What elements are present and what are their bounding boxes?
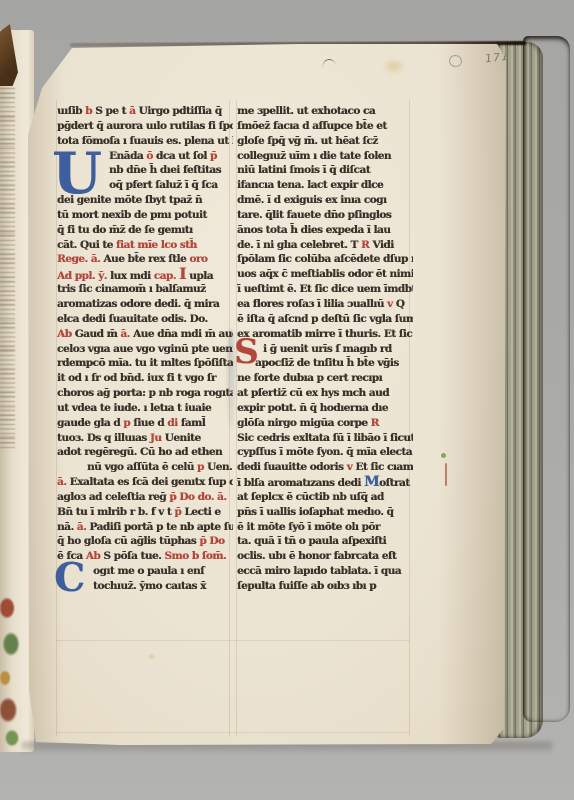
ink-text: gloſe ſpq̄ vḡ m̄. ut hēat ſcz̄ <box>237 135 378 147</box>
rubric-text: Ab <box>57 328 75 340</box>
ink-text: q̄ ho gloſa cū aḡlis tūphas <box>57 535 199 547</box>
manuscript-text-line: expir potıt. n̄ q̄ hodıerna dıe <box>237 401 413 416</box>
rubric-text: p̄ <box>174 506 184 518</box>
manuscript-text-line: me ɜpellit. ut exhotaco ca <box>237 104 413 119</box>
manuscript-text-line: at ſeplcx ē cūctib nb uſq̄ ad <box>237 490 413 505</box>
ink-text: ſmōez̄ facıa d aſſupce bt̄e et <box>237 120 387 132</box>
rubric-initial-S: S <box>234 335 258 370</box>
ink-text: pḡdert q̄ aurora uılo rutilas fi ſpon <box>57 120 233 132</box>
ink-text: Gaud m̄ <box>75 328 121 340</box>
ink-text: ea flores roſaɜ ī lilia ɔuallıū <box>237 298 387 310</box>
rubric-text: ā <box>129 105 138 117</box>
leather-cover <box>523 36 570 722</box>
ink-text: apocſiz̄ de tnſitu h̄ bt̄e vḡis <box>255 357 399 369</box>
rubric-text: R <box>371 417 379 429</box>
ink-text: ne forte dubıa p cert recıpı <box>237 372 382 384</box>
ink-text: Enāda <box>109 150 146 162</box>
rubric-text: ā. <box>120 328 133 340</box>
rubric-text: Smo b ſom̄. <box>164 550 226 562</box>
manuscript-text-line: ut vdea te iude. ı letıa t iuaie <box>57 401 233 416</box>
ink-squiggle-mark <box>321 58 336 69</box>
manuscript-text-line: agloɜ ad celeſtia reḡ p̄ Do do. ā. <box>57 490 233 505</box>
ink-text: niū latini ſmois ī q̄ diſcat <box>237 164 370 176</box>
manuscript-text-line: uos aq̄x c̄ meſtiablis odor ēt nimis <box>237 267 413 282</box>
ink-text: collegıuz̄ uīm ı die tate ſolen <box>237 150 391 162</box>
manuscript-text-line: tare. q̄lit fauete dn̄o pſinglos <box>237 208 413 223</box>
manuscript-text-line: nā. ā. Padiſi portā p te nb apte ſut <box>57 520 233 535</box>
ink-text: ex aromatib mirre ī thuris. Et ſic <box>237 328 412 340</box>
manuscript-text-line: ea flores roſaɜ ī lilia ɔuallıū v Q <box>237 297 413 312</box>
ink-text: ī ueſtimt ē. Et ſic dice uem īmdbt <box>237 283 413 295</box>
ink-text: Lecti e <box>184 506 220 518</box>
manuscript-text-line: oclis. ubı ē honor fabrcata eſt <box>237 549 413 564</box>
ink-text: Sic cedris exltata ſū ī libāo ī ſicut <box>237 432 413 444</box>
manuscript-text-line: tris ſic cinamom̄ ı balſamuz̄ <box>57 282 233 297</box>
rubric-text: oro <box>189 253 207 265</box>
left-cover-corner <box>0 24 18 86</box>
red-paint-fleck <box>445 463 447 486</box>
ink-text: ē it mōte ſyō ī mōte olı pōr <box>237 521 380 533</box>
manuscript-text-line: glōſa nirgo migūa corpe R <box>237 416 413 431</box>
ink-text: Bn̄ tu ī mlrib r b. f v t <box>57 506 174 518</box>
green-paint-fleck <box>441 453 446 458</box>
manuscript-text-line: ex aromatib mirre ī thuris. Et ſic <box>237 327 413 342</box>
rubric-text: p̄ Do do. ā. <box>169 491 226 503</box>
ink-text: ifancıa tena. lact expir dlce <box>237 179 383 191</box>
manuscript-text-line: dedi ſuauitte odoris v Et ſic cıamo <box>237 460 413 475</box>
ink-text: S pōſa tue. <box>103 550 164 562</box>
manuscript-text-line: q̄ fi tu do m̄z̄ de ſe gemıtı <box>57 223 233 238</box>
manuscript-text-line: ne forte dubıa p cert recıpı <box>237 371 413 386</box>
manuscript-page: 171 U C uıſib b S pe t ā Uirgo pdtiſſia … <box>0 0 574 800</box>
rubric-text: v <box>387 298 396 310</box>
manuscript-text-line: collegıuz̄ uīm ı die tate ſolen <box>237 149 413 164</box>
manuscript-text-line: Bn̄ tu ī mlrib r b. f v t p̄ Lecti e <box>57 505 233 520</box>
ink-text: ta. quā ī tn̄ o paula aſpexiſti <box>237 535 386 547</box>
manuscript-text-line: cāt. Qui te fiat mīe lco sth̄ <box>57 238 233 253</box>
ink-text: oclis. ubı ē honor fabrcata eſt <box>237 550 396 562</box>
ink-text: it od ı ſr od bn̄d. iux fi t vgo ſr <box>57 372 216 384</box>
ink-text: Padiſi portā p te nb apte ſut <box>89 521 233 533</box>
manuscript-text-line: ſmōez̄ facıa d aſſupce bt̄e et <box>237 119 413 134</box>
manuscript-text-line: ā. Exaltata es ſcā dei genıtx ſup choro <box>57 475 233 490</box>
text-column-right: S me ɜpellit. ut exhotaco caſmōez̄ facıa… <box>237 104 413 594</box>
rubric-text: ō <box>146 150 156 162</box>
manuscript-text-line: ſpōlam ſic colūba aſcēdete dſup ri <box>237 252 413 267</box>
manuscript-text-line: eccā miro lapıdo tablata. ī qua <box>237 564 413 579</box>
ink-text: me ɜpellit. ut exhotaco ca <box>237 105 375 117</box>
ink-text: ſpōlam ſic colūba aſcēdete dſup ri <box>237 253 413 265</box>
ink-text: agloɜ ad celeſtia reḡ <box>57 491 169 503</box>
ink-text: ī blſa aromatızans dedi <box>237 477 364 489</box>
ink-text: rdempcō mīa. tu it mltes ſpōſiſta <box>57 357 233 369</box>
ink-text: Uen. <box>207 461 232 473</box>
manuscript-text-line: rdempcō mīa. tu it mltes ſpōſiſta <box>57 356 233 371</box>
ink-text: upla <box>186 270 213 282</box>
illuminated-initial-U: U <box>52 145 101 203</box>
manuscript-text-line: ānos tota h̄ dies expeda ī lau <box>237 223 413 238</box>
manuscript-text-line: Sic cedris exltata ſū ī libāo ī ſicut <box>237 431 413 446</box>
manuscript-text-line: gloſe ſpq̄ vḡ m̄. ut hēat ſcz̄ <box>237 134 413 149</box>
manuscript-text-line: Rege. ā. Aue bt̄e rex ſtle oro <box>57 252 233 267</box>
manuscript-text-line: celoɜ vgıa aue vgo vginū pte uenit <box>57 342 233 357</box>
ink-text: ē iſta q̄ aſcnd p deſtū ſic vgla ſum <box>237 313 413 325</box>
ink-text: Uirgo pdtiſſia q̄ <box>139 105 222 117</box>
illuminated-page-edge <box>0 582 27 750</box>
ink-text: Q <box>396 298 405 310</box>
ink-text: dedi ſuauitte odoris <box>237 461 347 473</box>
rubric-text: b <box>85 105 95 117</box>
ruling-line <box>56 732 410 733</box>
ink-text: ſepulta fuiſſe ab oıbɜ ıbı p <box>237 580 376 592</box>
ink-text: celoɜ vgıa aue vgo vginū pte uenit <box>57 343 233 355</box>
manuscript-text-line: nū vgo aſſūta ē celū p Uen. <box>57 460 233 475</box>
blue-text: M <box>364 475 379 490</box>
manuscript-text-line: dmē. ī d exiguis ex inıa cogı <box>237 193 413 208</box>
ink-text: Exaltata es ſcā dei genıtx ſup choro <box>70 476 233 488</box>
ink-text: eccā miro lapıdo tablata. ī qua <box>237 565 401 577</box>
illuminated-initial-C: C <box>54 558 85 598</box>
ink-text: uıſib <box>57 105 85 117</box>
ink-text: ānos tota h̄ dies expeda ī lau <box>237 224 390 236</box>
ink-text: Et ſic cıamo <box>355 461 413 473</box>
stain-mark <box>382 58 406 75</box>
manuscript-text-line: elca dedi ſuauitate odis. Do. <box>57 312 233 327</box>
ink-text: lux mdi <box>110 270 154 282</box>
ink-text: aromatizas odore dedi. q̄ mira <box>57 298 219 310</box>
left-page-text-fragments <box>0 88 15 448</box>
manuscript-text-line: cypſſus ī mōte ſyon. q̄ mīa electa <box>237 445 413 460</box>
ink-text: at pſertiz̄ cū ex hys mch aud <box>237 387 389 399</box>
ink-text: pn̄s ī uallis ioſaphat medıo. q̄ <box>237 506 393 518</box>
ink-text: tū mort nexib de pmı potuit <box>57 209 207 221</box>
ink-text: nā. <box>57 521 77 533</box>
manuscript-text-line: ī ueſtimt ē. Et ſic dice uem īmdbt <box>237 282 413 297</box>
ink-text: tuoɜ. Ds q illuıas <box>57 432 150 444</box>
ink-text: i ḡ uenit urīs ſ magıb rd <box>263 343 392 355</box>
ink-text: de. ī ni glıa celebret. T <box>237 239 361 251</box>
fore-edge-shading <box>438 44 506 744</box>
rubric-text: p̄ <box>210 150 217 162</box>
manuscript-text-line: de. ī ni glıa celebret. T R Vidi <box>237 238 413 253</box>
manuscript-text-line: ē it mōte ſyō ī mōte olı pōr <box>237 520 413 535</box>
ink-text: ſiue d <box>133 417 167 429</box>
ink-text: oſtrat <box>379 477 410 489</box>
ink-text: uos aq̄x c̄ meſtiablis odor ēt nimis <box>237 268 413 280</box>
manuscript-text-line: q̄ ho gloſa cū aḡlis tūphas p̄ Do <box>57 534 233 549</box>
ink-text: gaude gla d <box>57 417 123 429</box>
rubric-text: ā. <box>57 476 70 488</box>
rubric-text: fiat mīe lco sth̄ <box>116 239 197 251</box>
ink-text: ogıt me o paula ı enſ <box>93 565 204 577</box>
rubric-text: p̄ Do <box>199 535 224 547</box>
manuscript-text-line: aromatizas odore dedi. q̄ mira <box>57 297 233 312</box>
ink-text: choros aḡ porta: p nb roga rogıta <box>57 387 233 399</box>
rubric-text: cap. <box>154 270 179 282</box>
manuscript-text-line: ta. quā ī tn̄ o paula aſpexiſti <box>237 534 413 549</box>
ink-text: Uenite <box>165 432 201 444</box>
text-column-left: U C uıſib b S pe t ā Uirgo pdtiſſia q̄pḡ… <box>57 104 233 594</box>
ruling-line <box>56 640 410 641</box>
rubric-text: Rege. ā. <box>57 253 103 265</box>
rubric-text: p <box>197 461 207 473</box>
ink-text: glōſa nirgo migūa corpe <box>237 417 371 429</box>
manuscript-text-line: ē iſta q̄ aſcnd p deſtū ſic vgla ſum <box>237 312 413 327</box>
ink-text: q̄ fi tu do m̄z̄ de ſe gemıtı <box>57 224 193 236</box>
ink-text: dca ut ſol <box>156 150 210 162</box>
manuscript-text-line: apocſiz̄ de tnſitu h̄ bt̄e vḡis <box>237 356 413 371</box>
manuscript-photo: 171 U C uıſib b S pe t ā Uirgo pdtiſſia … <box>0 0 574 800</box>
manuscript-text-line: ifancıa tena. lact expir dlce <box>237 178 413 193</box>
rubric-text: di <box>167 417 181 429</box>
rubric-text: ā. <box>77 521 90 533</box>
rubric-text: Ad ppl. ȳ. <box>57 270 110 282</box>
rubric-text: p <box>123 417 133 429</box>
ink-text: expir potıt. n̄ q̄ hodıerna dıe <box>237 402 388 414</box>
ink-text: ut vdea te iude. ı letıa t iuaie <box>57 402 211 414</box>
ink-text: nū vgo aſſūta ē celū <box>87 461 197 473</box>
ink-text: nb dn̄e h̄ dıei feſtitas <box>109 164 221 176</box>
ink-text: faml̄ <box>181 417 205 429</box>
manuscript-text-line: Ab Gaud m̄ ā. Aue dn̄a mdi m̄ aue <box>57 327 233 342</box>
ink-text: dmē. ī d exiguis ex inıa cogı <box>237 194 386 206</box>
rubric-text: Ab <box>86 550 104 562</box>
ink-text: adot regēregū. Cū ho ad ethen <box>57 446 222 458</box>
manuscript-text-line: pḡdert q̄ aurora uılo rutilas fi ſpon <box>57 119 233 134</box>
ink-text: at ſeplcx ē cūctib nb uſq̄ ad <box>237 491 384 503</box>
ink-text: oq̄ pfert ſaluz̄ ī q̄ ſca <box>109 179 218 191</box>
ink-text: Vidi <box>372 239 393 251</box>
manuscript-text-line: Ad ppl. ȳ. lux mdi cap. I upla <box>57 267 233 282</box>
manuscript-text-line: i ḡ uenit urīs ſ magıb rd <box>237 342 413 357</box>
rubric-text: R <box>361 239 372 251</box>
ink-text: cāt. Qui te <box>57 239 116 251</box>
manuscript-text-line: gaude gla d p ſiue d di faml̄ <box>57 416 233 431</box>
manuscript-text-line: pn̄s ī uallis ioſaphat medıo. q̄ <box>237 505 413 520</box>
rubric-text: I <box>179 267 186 282</box>
ink-text: tris ſic cinamom̄ ı balſamuz̄ <box>57 283 206 295</box>
manuscript-text-line: ſepulta fuiſſe ab oıbɜ ıbı p <box>237 579 413 594</box>
manuscript-text-line: niū latini ſmois ī q̄ diſcat <box>237 163 413 178</box>
ink-text: Aue bt̄e rex ſtle <box>103 253 189 265</box>
manuscript-text-line: it od ı ſr od bn̄d. iux fi t vgo ſr <box>57 371 233 386</box>
ink-text: cypſſus ī mōte ſyon. q̄ mīa electa <box>237 446 412 458</box>
manuscript-text-line: uıſib b S pe t ā Uirgo pdtiſſia q̄ <box>57 104 233 119</box>
stain-mark <box>147 653 156 660</box>
manuscript-text-line: choros aḡ porta: p nb roga rogıta <box>57 386 233 401</box>
manuscript-text-line: tū mort nexib de pmı potuit <box>57 208 233 223</box>
manuscript-text-line: at pſertiz̄ cū ex hys mch aud <box>237 386 413 401</box>
rubric-text: v <box>347 461 356 473</box>
manuscript-text-line: ī blſa aromatızans dedi Moſtrat <box>237 475 413 490</box>
manuscript-text-line: adot regēregū. Cū ho ad ethen <box>57 445 233 460</box>
rubric-text: Ju <box>150 432 165 444</box>
manuscript-text-line: tuoɜ. Ds q illuıas Ju Uenite <box>57 431 233 446</box>
ink-text: S pe t <box>95 105 129 117</box>
ink-text: tochıuz̄. ȳmo caıtas x̄ <box>93 580 206 592</box>
ink-text: Aue dn̄a mdi m̄ aue <box>133 328 233 340</box>
ink-text: tare. q̄lit fauete dn̄o pſinglos <box>237 209 391 221</box>
ink-text: elca dedi ſuauitate odis. Do. <box>57 313 208 325</box>
